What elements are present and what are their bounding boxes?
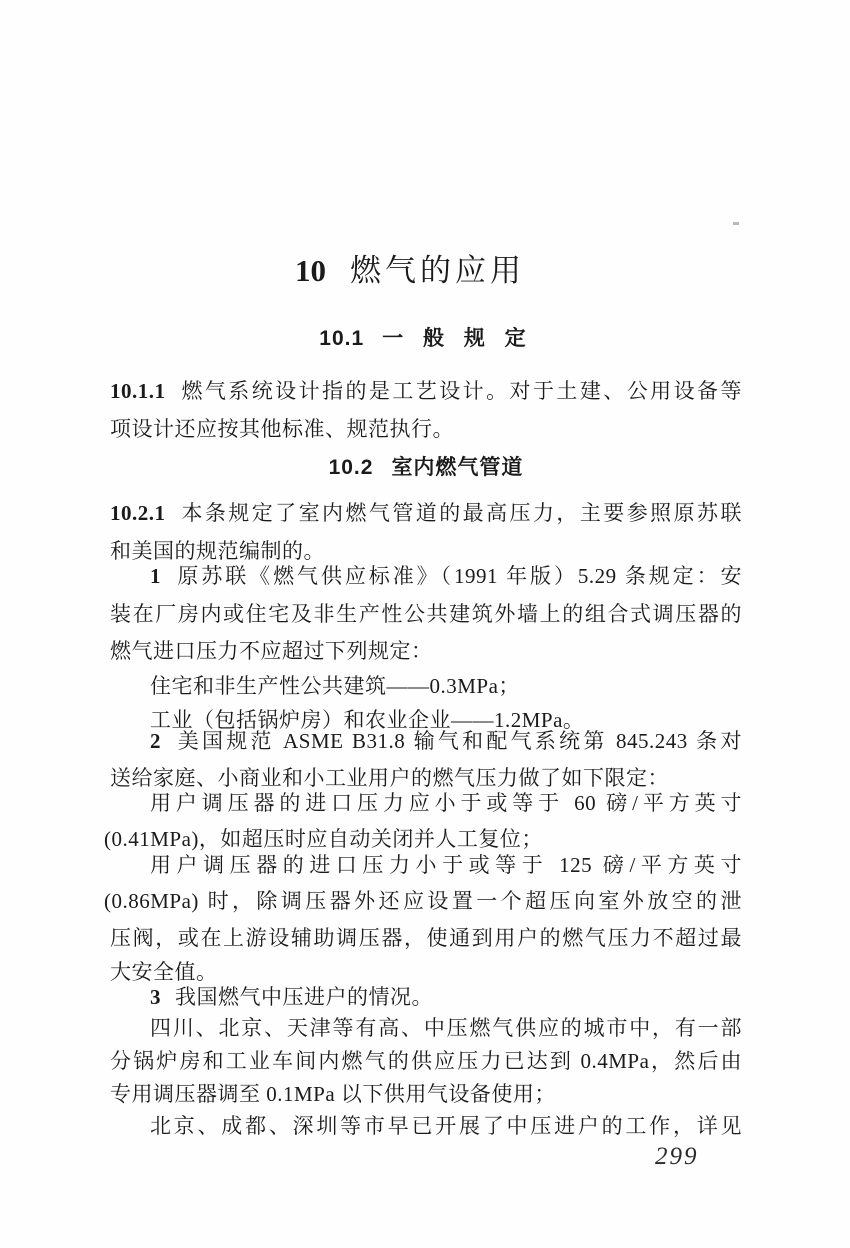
line-text: 送给家庭、小商业和小工业用户的燃气压力做了如下限定：: [110, 766, 669, 790]
text-line: 住宅和非生产性公共建筑——0.3MPa；: [150, 673, 520, 700]
text-line: 压阀，或在上游设辅助调压器，使通到用户的燃气压力不超过最: [110, 925, 742, 953]
line-text: 原苏联《燃气供应标准》（1991 年版）5.29 条规定：安: [175, 564, 742, 588]
section-number: 10.1: [319, 327, 364, 350]
text-line: 和美国的规范编制的。: [110, 538, 325, 565]
scan-artifact: [733, 222, 739, 225]
text-line: (0.41MPa)，如超压时应自动关闭并人工复位；: [104, 826, 543, 853]
text-line: (0.86MPa) 时，除调压器外还应设置一个超压向室外放空的泄: [104, 888, 742, 916]
item-number: 1: [150, 564, 161, 588]
line-text: 用户调压器的进口压力应小于或等于 60 磅/平方英寸: [150, 791, 742, 815]
text-line: 北京、成都、深圳等市早已开展了中压进户的工作，详见: [150, 1113, 742, 1141]
line-text: 我国燃气中压进户的情况。: [175, 985, 433, 1009]
text-line: 10.1.1燃气系统设计指的是工艺设计。对于土建、公用设备等: [110, 378, 742, 406]
text-line: 送给家庭、小商业和小工业用户的燃气压力做了如下限定：: [110, 765, 669, 792]
section-number: 10.2: [329, 456, 374, 479]
text-line: 专用调压器调至 0.1MPa 以下供用气设备使用；: [110, 1081, 556, 1108]
section-heading-indoor: 10.2室内燃气管道: [110, 454, 742, 482]
chapter-title-text: 燃气的应用: [350, 253, 525, 288]
text-line: 项设计还应按其他标准、规范执行。: [110, 416, 454, 443]
text-line: 3我国燃气中压进户的情况。: [150, 984, 433, 1011]
line-text: 北京、成都、深圳等市早已开展了中压进户的工作，详见: [150, 1114, 742, 1138]
line-text: (0.86MPa) 时，除调压器外还应设置一个超压向室外放空的泄: [104, 889, 742, 913]
line-text: (0.41MPa)，如超压时应自动关闭并人工复位；: [104, 827, 543, 851]
line-text: 和美国的规范编制的。: [110, 539, 325, 563]
text-line: 分锅炉房和工业车间内燃气的供应压力已达到 0.4MPa，然后由: [110, 1048, 742, 1076]
text-line: 装在厂房内或住宅及非生产性公共建筑外墙上的组合式调压器的: [110, 601, 742, 629]
section-title-text: 室内燃气管道: [391, 456, 523, 479]
text-line: 燃气进口压力不应超过下列规定：: [110, 638, 433, 665]
chapter-number: 10: [295, 253, 326, 288]
line-text: 美国规范 ASME B31.8 输气和配气系统第 845.243 条对: [175, 729, 742, 753]
line-text: 专用调压器调至 0.1MPa 以下供用气设备使用；: [110, 1082, 556, 1106]
clause-number: 10.1.1: [110, 379, 166, 403]
line-text: 分锅炉房和工业车间内燃气的供应压力已达到 0.4MPa，然后由: [110, 1049, 742, 1073]
line-text: 四川、北京、天津等有高、中压燃气供应的城市中，有一部: [150, 1016, 742, 1040]
text-line: 2美国规范 ASME B31.8 输气和配气系统第 845.243 条对: [150, 728, 742, 756]
line-text: 压阀，或在上游设辅助调压器，使通到用户的燃气压力不超过最: [110, 926, 742, 950]
clause-number: 10.2.1: [110, 501, 166, 525]
chapter-title: 10燃气的应用: [110, 249, 710, 293]
text-line: 10.2.1本条规定了室内燃气管道的最高压力，主要参照原苏联: [110, 500, 742, 528]
text-line: 大安全值。: [110, 959, 218, 986]
line-text: 本条规定了室内燃气管道的最高压力，主要参照原苏联: [180, 501, 743, 525]
text-line: 用户调压器的进口压力小于或等于 125 磅/平方英寸: [150, 852, 742, 880]
line-text: 用户调压器的进口压力小于或等于 125 磅/平方英寸: [150, 853, 742, 877]
document-page: 10燃气的应用 10.1一 般 规 定 10.1.1燃气系统设计指的是工艺设计。…: [0, 0, 850, 1248]
section-heading-general: 10.1一 般 规 定: [110, 325, 742, 353]
text-line: 1原苏联《燃气供应标准》（1991 年版）5.29 条规定：安: [150, 563, 742, 591]
section-title-text: 一 般 规 定: [382, 327, 533, 350]
line-text: 项设计还应按其他标准、规范执行。: [110, 417, 454, 441]
text-line: 四川、北京、天津等有高、中压燃气供应的城市中，有一部: [150, 1015, 742, 1043]
item-number: 3: [150, 985, 161, 1009]
line-text: 大安全值。: [110, 960, 218, 984]
line-text: 燃气进口压力不应超过下列规定：: [110, 639, 433, 663]
line-text: 装在厂房内或住宅及非生产性公共建筑外墙上的组合式调压器的: [110, 602, 742, 626]
line-text: 住宅和非生产性公共建筑——0.3MPa；: [150, 674, 520, 698]
text-line: 用户调压器的进口压力应小于或等于 60 磅/平方英寸: [150, 790, 742, 818]
item-number: 2: [150, 729, 161, 753]
line-text: 燃气系统设计指的是工艺设计。对于土建、公用设备等: [180, 379, 743, 403]
page-number: 299: [655, 1143, 699, 1171]
